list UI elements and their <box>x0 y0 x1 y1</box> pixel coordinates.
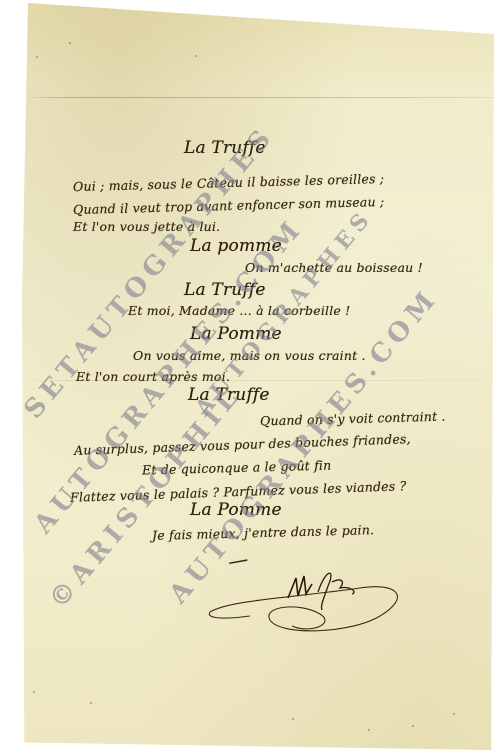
paper-fold-line <box>22 97 494 98</box>
paper-speck <box>36 56 38 58</box>
speaker-heading: La Truffe <box>184 138 266 158</box>
speaker-heading: La Pomme <box>190 324 282 344</box>
speaker-heading: La Pomme <box>190 500 282 520</box>
paper-speck <box>412 725 414 727</box>
paper-speck <box>33 691 35 693</box>
signature-flourish <box>200 558 420 638</box>
paper-speck <box>292 718 294 720</box>
verse-line: On m'achette au boisseau ! <box>245 260 423 275</box>
verse-line: Et l'on vous jette à lui. <box>73 219 220 234</box>
document-scan: La Truffe Oui ; mais, sous le Câteau il … <box>0 0 497 755</box>
paper-speck <box>69 42 71 44</box>
speaker-heading: La Truffe <box>188 385 270 405</box>
speaker-heading: La pomme <box>190 236 282 256</box>
speaker-heading: La Truffe <box>184 280 266 300</box>
verse-line: Et moi, Madame ... à la corbeille ! <box>128 303 350 318</box>
verse-line: Et l'on court après moi. <box>76 369 230 384</box>
paper-speck <box>195 55 197 57</box>
paper-speck <box>453 713 455 715</box>
paper-speck <box>90 702 92 704</box>
verse-line: On vous aime, mais on vous craint . <box>133 348 366 363</box>
paper-speck <box>368 729 370 731</box>
